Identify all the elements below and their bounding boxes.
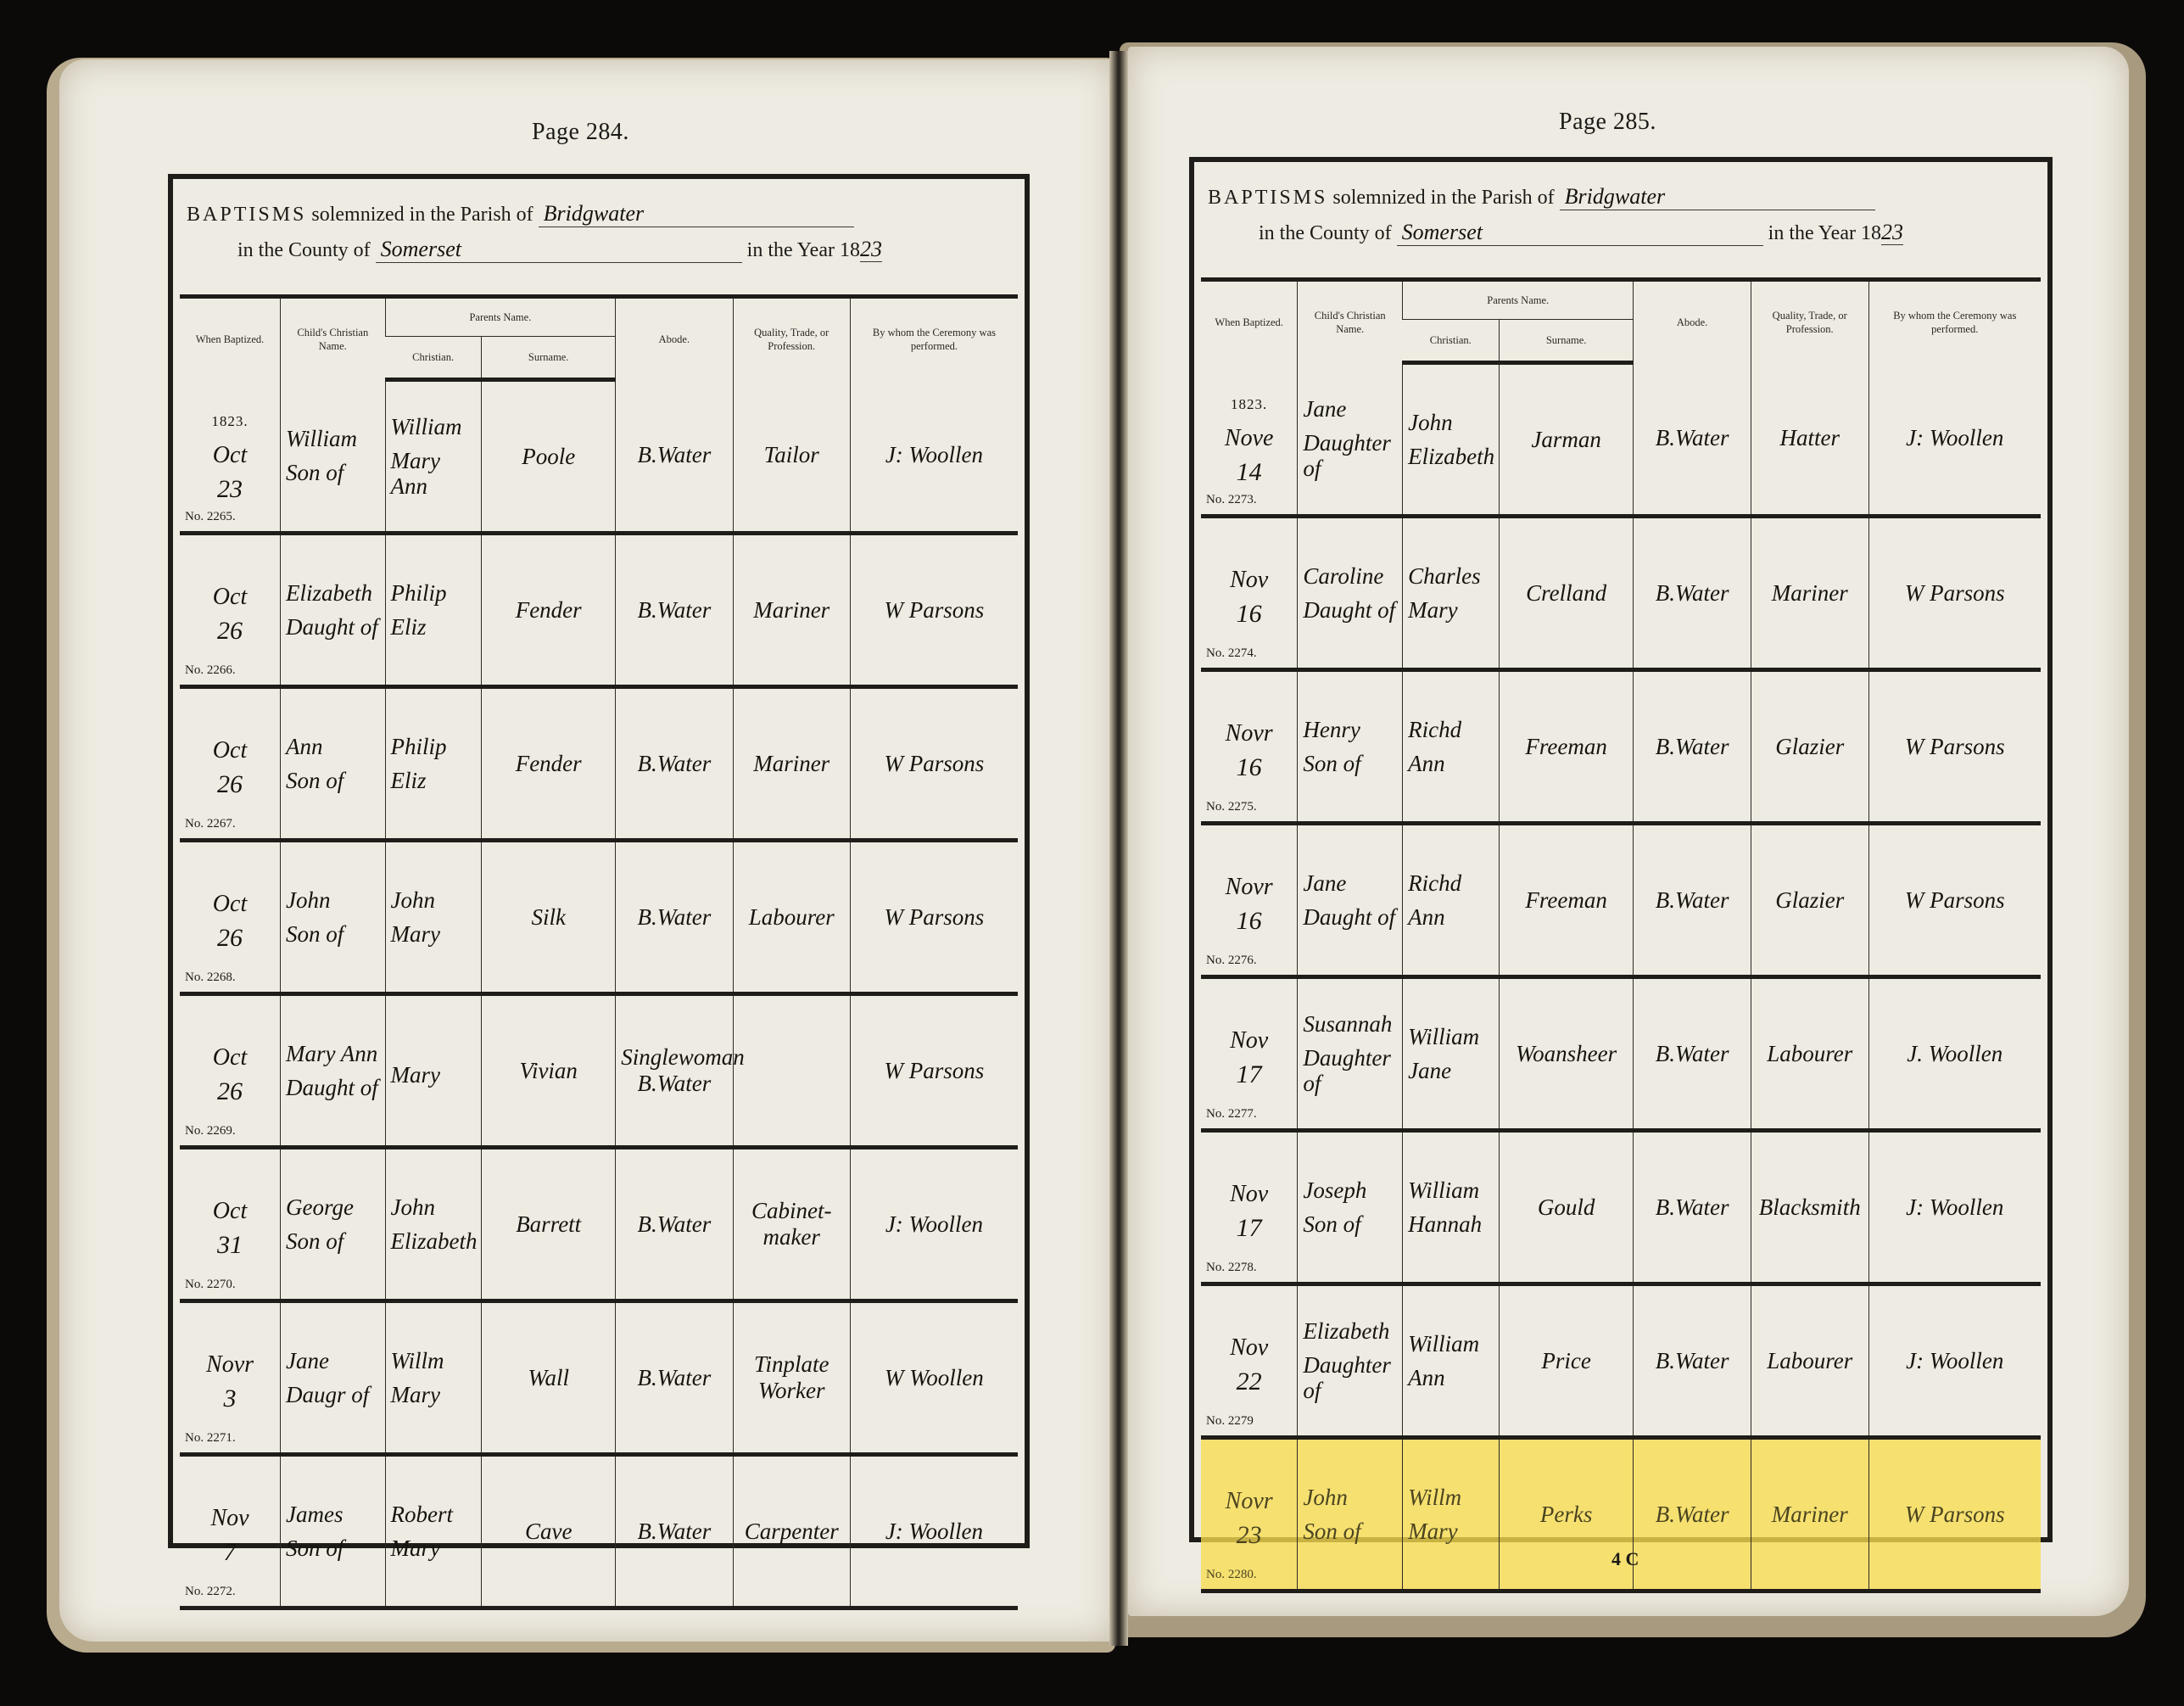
child-name-cell: Mary AnnDaught of [281, 994, 386, 1148]
child-name: John [1303, 1485, 1397, 1510]
when-baptized-cell: Novr16No. 2276. [1201, 824, 1298, 977]
entry-day: 26 [185, 618, 275, 644]
child-name: Elizabeth [286, 580, 380, 606]
entry-day: 23 [185, 477, 275, 502]
parents-christian-cell: RichdAnn [1403, 670, 1500, 824]
when-baptized-cell: Novr23No. 2280. [1201, 1438, 1298, 1591]
col-by-whom: By whom the Ceremony was performed. [1868, 280, 2041, 363]
header-year-label: in the Year 18 [747, 239, 860, 261]
entry-number: No. 2269. [185, 1124, 236, 1138]
baptism-entry-row: Nov17No. 2278.JosephSon ofWilliamHannahG… [1201, 1131, 2041, 1284]
register-left: BAPTISMS solemnized in the Parish of Bri… [168, 174, 1030, 1548]
surname-cell: Silk [482, 841, 616, 994]
col-child: Child's Christian Name. [1298, 280, 1403, 363]
child-name: Ann [286, 734, 380, 759]
trade-cell: Glazier [1751, 824, 1868, 977]
officiant-cell: J: Woollen [850, 1455, 1018, 1608]
trade-cell: Blacksmith [1751, 1131, 1868, 1284]
officiant-cell: W Parsons [850, 534, 1018, 687]
officiant-cell: J: Woollen [850, 1148, 1018, 1301]
officiant-cell: W Parsons [1868, 1438, 2041, 1591]
entry-number: No. 2274. [1206, 646, 1257, 661]
entry-number: No. 2273. [1206, 493, 1257, 507]
baptism-entry-row: Nov16No. 2274.CarolineDaught ofCharlesMa… [1201, 517, 2041, 670]
trade-cell: Mariner [733, 534, 850, 687]
child-relation: Son of [286, 1535, 380, 1561]
abode-cell: B.Water [1634, 670, 1751, 824]
parents-christian-cell: WilliamHannah [1403, 1131, 1500, 1284]
entry-day: 16 [1206, 909, 1292, 934]
surname-cell: Gould [1499, 1131, 1633, 1284]
child-name-cell: WilliamSon of [281, 380, 386, 534]
when-baptized-cell: 1823.Nove14No. 2273. [1201, 363, 1298, 517]
child-name: James [286, 1502, 380, 1527]
child-name: Elizabeth [1303, 1318, 1397, 1344]
entry-year: 1823. [185, 409, 275, 434]
register-header-left: BAPTISMS solemnized in the Parish of Bri… [187, 194, 1011, 279]
entry-month: Nov [185, 1506, 275, 1531]
surname-cell: Poole [482, 380, 616, 534]
abode-cell: B.Water [1634, 363, 1751, 517]
child-relation: Daugr of [286, 1382, 380, 1407]
entry-day: 14 [1206, 460, 1292, 485]
officiant-cell: J: Woollen [1868, 1131, 2041, 1284]
surname-cell: Barrett [482, 1148, 616, 1301]
baptism-table-right: When Baptized. Child's Christian Name. P… [1201, 277, 2041, 1593]
child-relation: Son of [286, 768, 380, 793]
baptism-table-left: When Baptized. Child's Christian Name. P… [180, 294, 1018, 1610]
parents-christian-cell: WillmMary [385, 1301, 482, 1455]
baptism-entry-row: Novr16No. 2275.HenrySon ofRichdAnnFreema… [1201, 670, 2041, 824]
mother-name: Mary [1408, 597, 1494, 623]
county-field: Somerset [376, 237, 742, 263]
when-baptized-cell: Oct26No. 2267. [180, 687, 281, 841]
printer-signature-mark: 4 C [1611, 1548, 1639, 1570]
col-christian: Christian. [385, 337, 482, 380]
father-name: William [1408, 1331, 1494, 1356]
year-field: 23 [860, 237, 882, 262]
abode-cell: B.Water [616, 1301, 733, 1455]
entry-year: 1823. [1206, 392, 1292, 417]
child-relation: Son of [1303, 1211, 1397, 1237]
col-trade: Quality, Trade, or Profession. [733, 297, 850, 380]
trade-cell: Glazier [1751, 670, 1868, 824]
when-baptized-cell: Novr16No. 2275. [1201, 670, 1298, 824]
trade-cell [733, 994, 850, 1148]
trade-cell: Labourer [1751, 977, 1868, 1131]
entry-day: 26 [185, 772, 275, 797]
entry-month: Nov [1206, 1028, 1292, 1054]
header-title: BAPTISMS [187, 204, 306, 226]
baptism-entry-row: Nov17No. 2277.SusannahDaughter ofWilliam… [1201, 977, 2041, 1131]
parents-christian-cell: JohnMary [385, 841, 482, 994]
abode-cell: B.Water [616, 1148, 733, 1301]
child-relation: Son of [1303, 1519, 1397, 1544]
child-relation: Son of [286, 1228, 380, 1254]
header-year-label: in the Year 18 [1768, 222, 1881, 244]
surname-cell: Fender [482, 534, 616, 687]
register-header-right: BAPTISMS solemnized in the Parish of Bri… [1208, 177, 2034, 262]
entry-number: No. 2275. [1206, 800, 1257, 814]
entry-number: No. 2265. [185, 510, 236, 524]
child-relation: Daughter of [1303, 430, 1397, 481]
parents-christian-cell: WilliamMary Ann [385, 380, 482, 534]
child-name: John [286, 887, 380, 913]
officiant-cell: W Woollen [850, 1301, 1018, 1455]
father-name: Charles [1408, 563, 1494, 589]
entry-month: Novr [1206, 721, 1292, 747]
county-field: Somerset [1397, 220, 1763, 246]
officiant-cell: J: Woollen [850, 380, 1018, 534]
entry-month: Oct [185, 443, 275, 468]
baptism-entry-row: Oct26No. 2267.AnnSon ofPhilipElizFenderB… [180, 687, 1018, 841]
entry-number: No. 2270. [185, 1278, 236, 1292]
child-name: Susannah [1303, 1011, 1397, 1037]
header-solemnized: solemnized in the Parish of [311, 204, 533, 226]
parents-christian-cell: WillmMary [1403, 1438, 1500, 1591]
entry-number: No. 2278. [1206, 1261, 1257, 1275]
baptism-entry-row: Novr3No. 2271.JaneDaugr ofWillmMaryWallB… [180, 1301, 1018, 1455]
abode-cell: Singlewoman B.Water [616, 994, 733, 1148]
surname-cell: Wall [482, 1301, 616, 1455]
when-baptized-cell: Nov7No. 2272. [180, 1455, 281, 1608]
officiant-cell: J: Woollen [1868, 1284, 2041, 1438]
entry-number: No. 2277. [1206, 1107, 1257, 1121]
col-when: When Baptized. [1201, 280, 1298, 363]
mother-name: Mary [391, 921, 477, 947]
baptism-entry-row: 1823.Nove14No. 2273.JaneDaughter ofJohnE… [1201, 363, 2041, 517]
entry-month: Nov [1206, 1335, 1292, 1361]
mother-name: Ann [1408, 1365, 1494, 1390]
mother-name: Ann [1408, 751, 1494, 776]
parents-christian-cell: CharlesMary [1403, 517, 1500, 670]
when-baptized-cell: Nov22No. 2279 [1201, 1284, 1298, 1438]
col-surname: Surname. [1499, 320, 1633, 363]
child-name-cell: ElizabethDaught of [281, 534, 386, 687]
entry-month: Novr [1206, 875, 1292, 900]
entry-number: No. 2266. [185, 663, 236, 678]
parish-field: Bridgwater [1560, 184, 1875, 210]
trade-cell: Mariner [1751, 517, 1868, 670]
child-name: Mary Ann [286, 1041, 380, 1066]
surname-cell: Crelland [1499, 517, 1633, 670]
child-relation: Son of [286, 921, 380, 947]
page-number-right: Page 285. [1559, 109, 1656, 136]
child-name-cell: JamesSon of [281, 1455, 386, 1608]
col-parents: Parents Name. [1403, 280, 1634, 320]
trade-cell: Cabinet-maker [733, 1148, 850, 1301]
officiant-cell: W Parsons [850, 994, 1018, 1148]
entry-month: Nov [1206, 568, 1292, 593]
when-baptized-cell: Nov16No. 2274. [1201, 517, 1298, 670]
header-solemnized: solemnized in the Parish of [1332, 187, 1554, 209]
officiant-cell: W Parsons [850, 687, 1018, 841]
year-field: 23 [1881, 220, 1903, 245]
father-name: Richd [1408, 870, 1494, 896]
child-name-cell: CarolineDaught of [1298, 517, 1403, 670]
father-name: John [1408, 410, 1494, 435]
trade-cell: Mariner [733, 687, 850, 841]
entry-day: 31 [185, 1233, 275, 1258]
entry-day: 22 [1206, 1369, 1292, 1395]
entry-day: 7 [185, 1540, 275, 1565]
child-relation: Daughter of [1303, 1045, 1397, 1096]
col-by-whom: By whom the Ceremony was performed. [850, 297, 1018, 380]
parish-field: Bridgwater [539, 201, 854, 227]
col-abode: Abode. [1634, 280, 1751, 363]
child-name: George [286, 1194, 380, 1220]
surname-cell: Jarman [1499, 363, 1633, 517]
entry-number: No. 2268. [185, 970, 236, 985]
child-relation: Son of [1303, 751, 1397, 776]
trade-cell: Tinplate Worker [733, 1301, 850, 1455]
abode-cell: B.Water [1634, 824, 1751, 977]
entry-month: Nov [1206, 1182, 1292, 1207]
entry-number: No. 2279 [1206, 1414, 1254, 1429]
mother-name: Eliz [391, 768, 477, 793]
trade-cell: Tailor [733, 380, 850, 534]
baptism-entry-row: Nov7No. 2272.JamesSon ofRobertMaryCaveB.… [180, 1455, 1018, 1608]
child-name: Henry [1303, 717, 1397, 742]
child-relation: Daughter of [1303, 1352, 1397, 1403]
parents-christian-cell: PhilipEliz [385, 534, 482, 687]
trade-cell: Labourer [733, 841, 850, 994]
abode-cell: B.Water [1634, 517, 1751, 670]
child-name-cell: ElizabethDaughter of [1298, 1284, 1403, 1438]
surname-cell: Fender [482, 687, 616, 841]
entry-day: 16 [1206, 601, 1292, 627]
child-name-cell: JaneDaught of [1298, 824, 1403, 977]
baptism-entry-row: Oct26No. 2269.Mary AnnDaught ofMaryVivia… [180, 994, 1018, 1148]
col-trade: Quality, Trade, or Profession. [1751, 280, 1868, 363]
father-name: Willm [1408, 1485, 1494, 1510]
baptism-entry-row: Nov22No. 2279ElizabethDaughter ofWilliam… [1201, 1284, 2041, 1438]
entry-number: No. 2272. [185, 1585, 236, 1599]
mother-name: Mary Ann [391, 448, 477, 499]
trade-cell: Mariner [1751, 1438, 1868, 1591]
child-name-cell: HenrySon of [1298, 670, 1403, 824]
entry-number: No. 2280. [1206, 1568, 1257, 1582]
baptism-entry-row: Oct26No. 2266.ElizabethDaught ofPhilipEl… [180, 534, 1018, 687]
surname-cell: Freeman [1499, 824, 1633, 977]
entry-month: Novr [1206, 1489, 1292, 1514]
father-name: William [391, 414, 477, 439]
when-baptized-cell: Nov17No. 2278. [1201, 1131, 1298, 1284]
officiant-cell: J: Woollen [1868, 363, 2041, 517]
parents-christian-cell: JohnElizabeth [385, 1148, 482, 1301]
father-name: Robert [391, 1502, 477, 1527]
entry-month: Oct [185, 1045, 275, 1071]
entry-day: 17 [1206, 1062, 1292, 1088]
child-name: Caroline [1303, 563, 1397, 589]
father-name: William [1408, 1177, 1494, 1203]
baptism-entry-row: Oct26No. 2268.JohnSon ofJohnMarySilkB.Wa… [180, 841, 1018, 994]
trade-cell: Hatter [1751, 363, 1868, 517]
child-name-cell: SusannahDaughter of [1298, 977, 1403, 1131]
header-county-label: in the County of [237, 239, 371, 261]
entry-number: No. 2267. [185, 817, 236, 831]
child-name-cell: JohnSon of [281, 841, 386, 994]
entry-day: 16 [1206, 755, 1292, 780]
trade-cell: Labourer [1751, 1284, 1868, 1438]
trade-cell: Carpenter [733, 1455, 850, 1608]
page-number-left: Page 284. [532, 119, 629, 146]
child-name-cell: JaneDaughter of [1298, 363, 1403, 517]
parents-christian-cell: PhilipEliz [385, 687, 482, 841]
mother-name: Jane [1408, 1058, 1494, 1083]
baptism-entry-row: Novr16No. 2276.JaneDaught ofRichdAnnFree… [1201, 824, 2041, 977]
abode-cell: B.Water [1634, 1438, 1751, 1591]
child-name: Jane [286, 1348, 380, 1373]
father-name: Willm [391, 1348, 477, 1373]
child-relation: Son of [286, 460, 380, 485]
father-name: Philip [391, 734, 477, 759]
baptism-entry-row: 1823.Oct23No. 2265.WilliamSon ofWilliamM… [180, 380, 1018, 534]
abode-cell: B.Water [1634, 977, 1751, 1131]
when-baptized-cell: Nov17No. 2277. [1201, 977, 1298, 1131]
father-name: Philip [391, 580, 477, 606]
child-name-cell: AnnSon of [281, 687, 386, 841]
when-baptized-cell: Oct26No. 2269. [180, 994, 281, 1148]
col-parents: Parents Name. [385, 297, 616, 337]
abode-cell: B.Water [1634, 1131, 1751, 1284]
parents-christian-cell: RichdAnn [1403, 824, 1500, 977]
entry-month: Oct [185, 892, 275, 917]
parents-christian-cell: JohnElizabeth [1403, 363, 1500, 517]
when-baptized-cell: 1823.Oct23No. 2265. [180, 380, 281, 534]
when-baptized-cell: Oct31No. 2270. [180, 1148, 281, 1301]
entry-day: 26 [185, 926, 275, 951]
father-name: John [391, 1194, 477, 1220]
mother-name: Eliz [391, 614, 477, 640]
father-name: Richd [1408, 717, 1494, 742]
when-baptized-cell: Oct26No. 2268. [180, 841, 281, 994]
child-name-cell: GeorgeSon of [281, 1148, 386, 1301]
entry-day: 26 [185, 1079, 275, 1105]
officiant-cell: W Parsons [1868, 670, 2041, 824]
when-baptized-cell: Oct26No. 2266. [180, 534, 281, 687]
child-name: Jane [1303, 870, 1397, 896]
child-name: William [286, 426, 380, 451]
abode-cell: B.Water [616, 841, 733, 994]
surname-cell: Price [1499, 1284, 1633, 1438]
child-relation: Daught of [1303, 904, 1397, 930]
mother-name: Elizabeth [391, 1228, 477, 1254]
entry-month: Oct [185, 738, 275, 764]
col-child: Child's Christian Name. [281, 297, 386, 380]
abode-cell: B.Water [616, 1455, 733, 1608]
parents-christian-cell: Mary [385, 994, 482, 1148]
header-title: BAPTISMS [1208, 187, 1327, 209]
abode-cell: B.Water [616, 534, 733, 687]
officiant-cell: W Parsons [850, 841, 1018, 994]
parents-christian-cell: WilliamJane [1403, 977, 1500, 1131]
entry-day: 17 [1206, 1216, 1292, 1241]
entry-number: No. 2276. [1206, 954, 1257, 968]
entry-month: Nove [1206, 426, 1292, 451]
header-county-label: in the County of [1259, 222, 1392, 244]
col-abode: Abode. [616, 297, 733, 380]
officiant-cell: W Parsons [1868, 824, 2041, 977]
officiant-cell: J. Woollen [1868, 977, 2041, 1131]
child-name-cell: JohnSon of [1298, 1438, 1403, 1591]
entry-day: 3 [185, 1386, 275, 1412]
col-christian: Christian. [1403, 320, 1500, 363]
child-relation: Daught of [286, 1075, 380, 1100]
child-name: Jane [1303, 396, 1397, 422]
register-right: BAPTISMS solemnized in the Parish of Bri… [1189, 157, 2053, 1542]
col-surname: Surname. [482, 337, 616, 380]
mother-name: Mary [391, 1062, 477, 1088]
entry-number: No. 2271. [185, 1431, 236, 1446]
entry-day: 23 [1206, 1523, 1292, 1548]
mother-name: Ann [1408, 904, 1494, 930]
surname-cell: Woansheer [1499, 977, 1633, 1131]
abode-cell: B.Water [1634, 1284, 1751, 1438]
mother-name: Mary [391, 1535, 477, 1561]
child-relation: Daught of [286, 614, 380, 640]
mother-name: Mary [1408, 1519, 1494, 1544]
entry-month: Oct [185, 1199, 275, 1224]
col-when: When Baptized. [180, 297, 281, 380]
baptism-entry-row: Oct31No. 2270.GeorgeSon ofJohnElizabethB… [180, 1148, 1018, 1301]
parents-christian-cell: RobertMary [385, 1455, 482, 1608]
when-baptized-cell: Novr3No. 2271. [180, 1301, 281, 1455]
father-name: John [391, 887, 477, 913]
child-name-cell: JaneDaugr of [281, 1301, 386, 1455]
abode-cell: B.Water [616, 687, 733, 841]
mother-name: Hannah [1408, 1211, 1494, 1237]
officiant-cell: W Parsons [1868, 517, 2041, 670]
parents-christian-cell: WilliamAnn [1403, 1284, 1500, 1438]
entry-month: Novr [185, 1352, 275, 1378]
surname-cell: Freeman [1499, 670, 1633, 824]
child-name-cell: JosephSon of [1298, 1131, 1403, 1284]
surname-cell: Cave [482, 1455, 616, 1608]
abode-cell: B.Water [616, 380, 733, 534]
mother-name: Elizabeth [1408, 444, 1494, 469]
child-relation: Daught of [1303, 597, 1397, 623]
father-name: William [1408, 1024, 1494, 1049]
book-gutter [1109, 51, 1128, 1646]
surname-cell: Vivian [482, 994, 616, 1148]
entry-month: Oct [185, 585, 275, 610]
child-name: Joseph [1303, 1177, 1397, 1203]
mother-name: Mary [391, 1382, 477, 1407]
